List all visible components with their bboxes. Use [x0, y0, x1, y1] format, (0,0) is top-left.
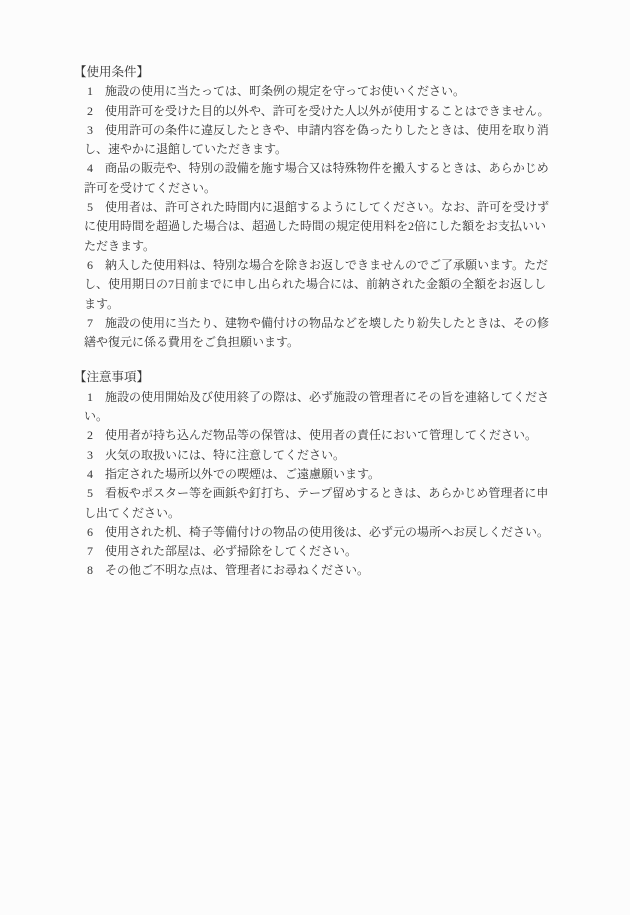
item-number: 7: [87, 314, 105, 333]
item-number: 8: [87, 561, 105, 580]
list-item: 2使用許可を受けた目的以外や、許可を受けた人以外が使用することはできません。: [0, 102, 556, 121]
item-number: 2: [87, 426, 105, 445]
item-number: 1: [87, 82, 105, 101]
item-number: 3: [87, 446, 105, 465]
list-item: 3使用許可の条件に違反したときや、申請内容を偽ったりしたときは、使用を取り消し、…: [0, 121, 556, 160]
item-text: 納入した使用料は、特別な場合を除きお返しできませんのでご了承願います。ただし、使…: [84, 258, 548, 311]
list-item: 7使用された部屋は、必ず掃除をしてください。: [0, 542, 556, 561]
list-item: 3火気の取扱いには、特に注意してください。: [0, 446, 556, 465]
section-usage-conditions: 【使用条件】 1施設の使用に当たっては、町条例の規定を守ってお使いください。 2…: [0, 63, 556, 352]
section-heading: 【使用条件】: [0, 63, 556, 82]
list-item: 7施設の使用に当たり、建物や備付けの物品などを壊したり紛失したときは、その修繕や…: [0, 314, 556, 353]
item-text: 施設の使用に当たり、建物や備付けの物品などを壊したり紛失したときは、その修繕や復…: [84, 316, 549, 349]
item-text: 商品の販売や、特別の設備を施す場合又は特殊物件を搬入するときは、あらかじめ許可を…: [84, 161, 549, 194]
item-text: 火気の取扱いには、特に注意してください。: [105, 448, 345, 462]
list-item: 4指定された場所以外での喫煙は、ご遠慮願います。: [0, 465, 556, 484]
item-number: 6: [87, 523, 105, 542]
list-item: 5使用者は、許可された時間内に退館するようにしてください。なお、許可を受けずに使…: [0, 198, 556, 256]
item-text: 指定された場所以外での喫煙は、ご遠慮願います。: [105, 467, 380, 481]
item-text: 使用された机、椅子等備付けの物品の使用後は、必ず元の場所へお戻しください。: [105, 525, 549, 539]
document-page: 【使用条件】 1施設の使用に当たっては、町条例の規定を守ってお使いください。 2…: [0, 0, 630, 915]
item-text: 看板やポスター等を画鋲や釘打ち、テープ留めするときは、あらかじめ管理者に申し出て…: [84, 486, 548, 519]
list-item: 1施設の使用開始及び使用終了の際は、必ず施設の管理者にその旨を連絡してください。: [0, 388, 556, 427]
list-item: 6納入した使用料は、特別な場合を除きお返しできませんのでご了承願います。ただし、…: [0, 256, 556, 314]
section-heading: 【注意事項】: [0, 368, 556, 387]
item-number: 3: [87, 121, 105, 140]
item-text: 使用許可を受けた目的以外や、許可を受けた人以外が使用することはできません。: [105, 104, 549, 118]
item-text: 施設の使用開始及び使用終了の際は、必ず施設の管理者にその旨を連絡してください。: [84, 390, 549, 423]
item-text: 施設の使用に当たっては、町条例の規定を守ってお使いください。: [105, 84, 465, 98]
section-precautions: 【注意事項】 1施設の使用開始及び使用終了の際は、必ず施設の管理者にその旨を連絡…: [0, 368, 556, 580]
document-content: 【使用条件】 1施設の使用に当たっては、町条例の規定を守ってお使いください。 2…: [0, 63, 556, 581]
list-item: 6使用された机、椅子等備付けの物品の使用後は、必ず元の場所へお戻しください。: [0, 523, 556, 542]
item-text: 使用者は、許可された時間内に退館するようにしてください。なお、許可を受けずに使用…: [84, 200, 549, 253]
item-number: 7: [87, 542, 105, 561]
item-text: その他ご不明な点は、管理者にお尋ねください。: [105, 563, 369, 577]
list-item: 8その他ご不明な点は、管理者にお尋ねください。: [0, 561, 556, 580]
item-text: 使用された部屋は、必ず掃除をしてください。: [105, 544, 357, 558]
item-number: 6: [87, 256, 105, 275]
item-number: 1: [87, 388, 105, 407]
item-number: 4: [87, 465, 105, 484]
item-number: 5: [87, 198, 105, 217]
item-number: 5: [87, 484, 105, 503]
item-number: 2: [87, 102, 105, 121]
item-number: 4: [87, 159, 105, 178]
item-text: 使用許可の条件に違反したときや、申請内容を偽ったりしたときは、使用を取り消し、速…: [84, 123, 549, 156]
list-item: 4商品の販売や、特別の設備を施す場合又は特殊物件を搬入するときは、あらかじめ許可…: [0, 159, 556, 198]
list-item: 5看板やポスター等を画鋲や釘打ち、テープ留めするときは、あらかじめ管理者に申し出…: [0, 484, 556, 523]
list-item: 2使用者が持ち込んだ物品等の保管は、使用者の責任において管理してください。: [0, 426, 556, 445]
list-item: 1施設の使用に当たっては、町条例の規定を守ってお使いください。: [0, 82, 556, 101]
item-text: 使用者が持ち込んだ物品等の保管は、使用者の責任において管理してください。: [105, 428, 537, 442]
